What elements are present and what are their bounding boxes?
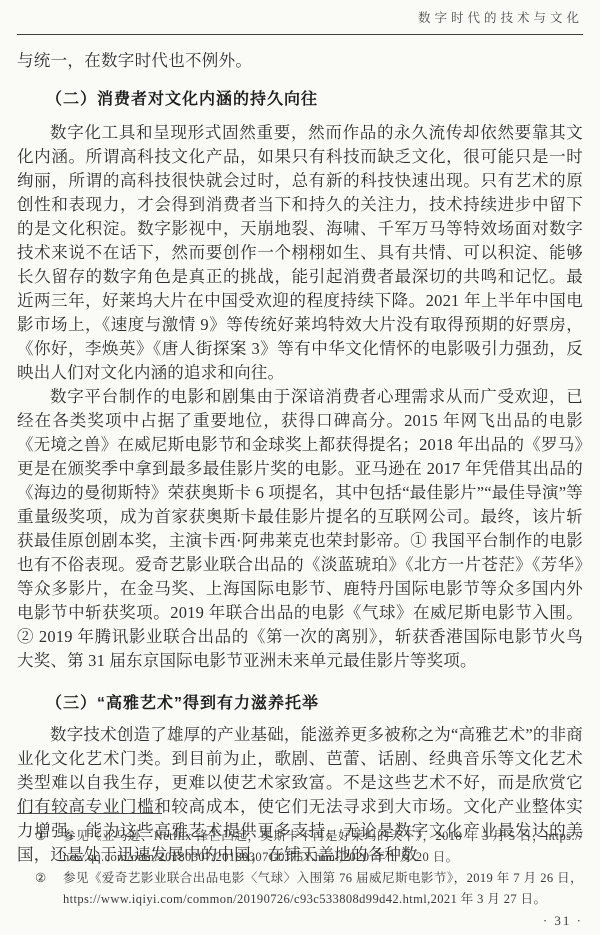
- continuation-line: 与统一，在数字时代也不例外。: [17, 49, 583, 73]
- section-heading-3: （三）“高雅艺术”得到有力滋养托举: [17, 690, 583, 713]
- running-header-title: 数字时代的技术与文化: [418, 8, 583, 26]
- footnote-text: 参见《爱奇艺影业联合出品电影〈气球〉入围第 76 届威尼斯电影节》，2019 年…: [63, 868, 583, 910]
- book-page: 数字时代的技术与文化 与统一，在数字时代也不例外。 （二）消费者对文化内涵的持久…: [0, 0, 600, 935]
- footnote: ① 参见《亚马逊、Netflix 锋芒凸起，奥斯卡不再是好莱坞的天下》，2018…: [17, 826, 583, 868]
- footnote-marker: ①: [17, 826, 63, 868]
- header-rule: [17, 34, 583, 35]
- page-number: · 31 ·: [17, 913, 583, 929]
- footnote-marker: ②: [17, 868, 63, 910]
- footnote-area: ① 参见《亚马逊、Netflix 锋芒凸起，奥斯卡不再是好莱坞的天下》，2018…: [17, 813, 583, 929]
- footnote: ② 参见《爱奇艺影业联合出品电影〈气球〉入围第 76 届威尼斯电影节》，2019…: [17, 868, 583, 910]
- page-body: 与统一，在数字时代也不例外。 （二）消费者对文化内涵的持久向往 数字化工具和呈现…: [17, 49, 583, 867]
- section-heading-2: （二）消费者对文化内涵的持久向往: [17, 86, 583, 109]
- footnote-rule: [17, 813, 162, 814]
- footnote-text: 参见《亚马逊、Netflix 锋芒凸起，奥斯卡不再是好莱坞的天下》，2018 年…: [63, 826, 583, 868]
- paragraph: 数字化工具和呈现形式固然重要，然而作品的永久流传却依然要靠其文化内涵。所谓高科技…: [17, 121, 583, 385]
- paragraph: 数字平台制作的电影和剧集由于深谙消费者心理需求从而广受欢迎，已经在各类奖项中占据…: [17, 385, 583, 673]
